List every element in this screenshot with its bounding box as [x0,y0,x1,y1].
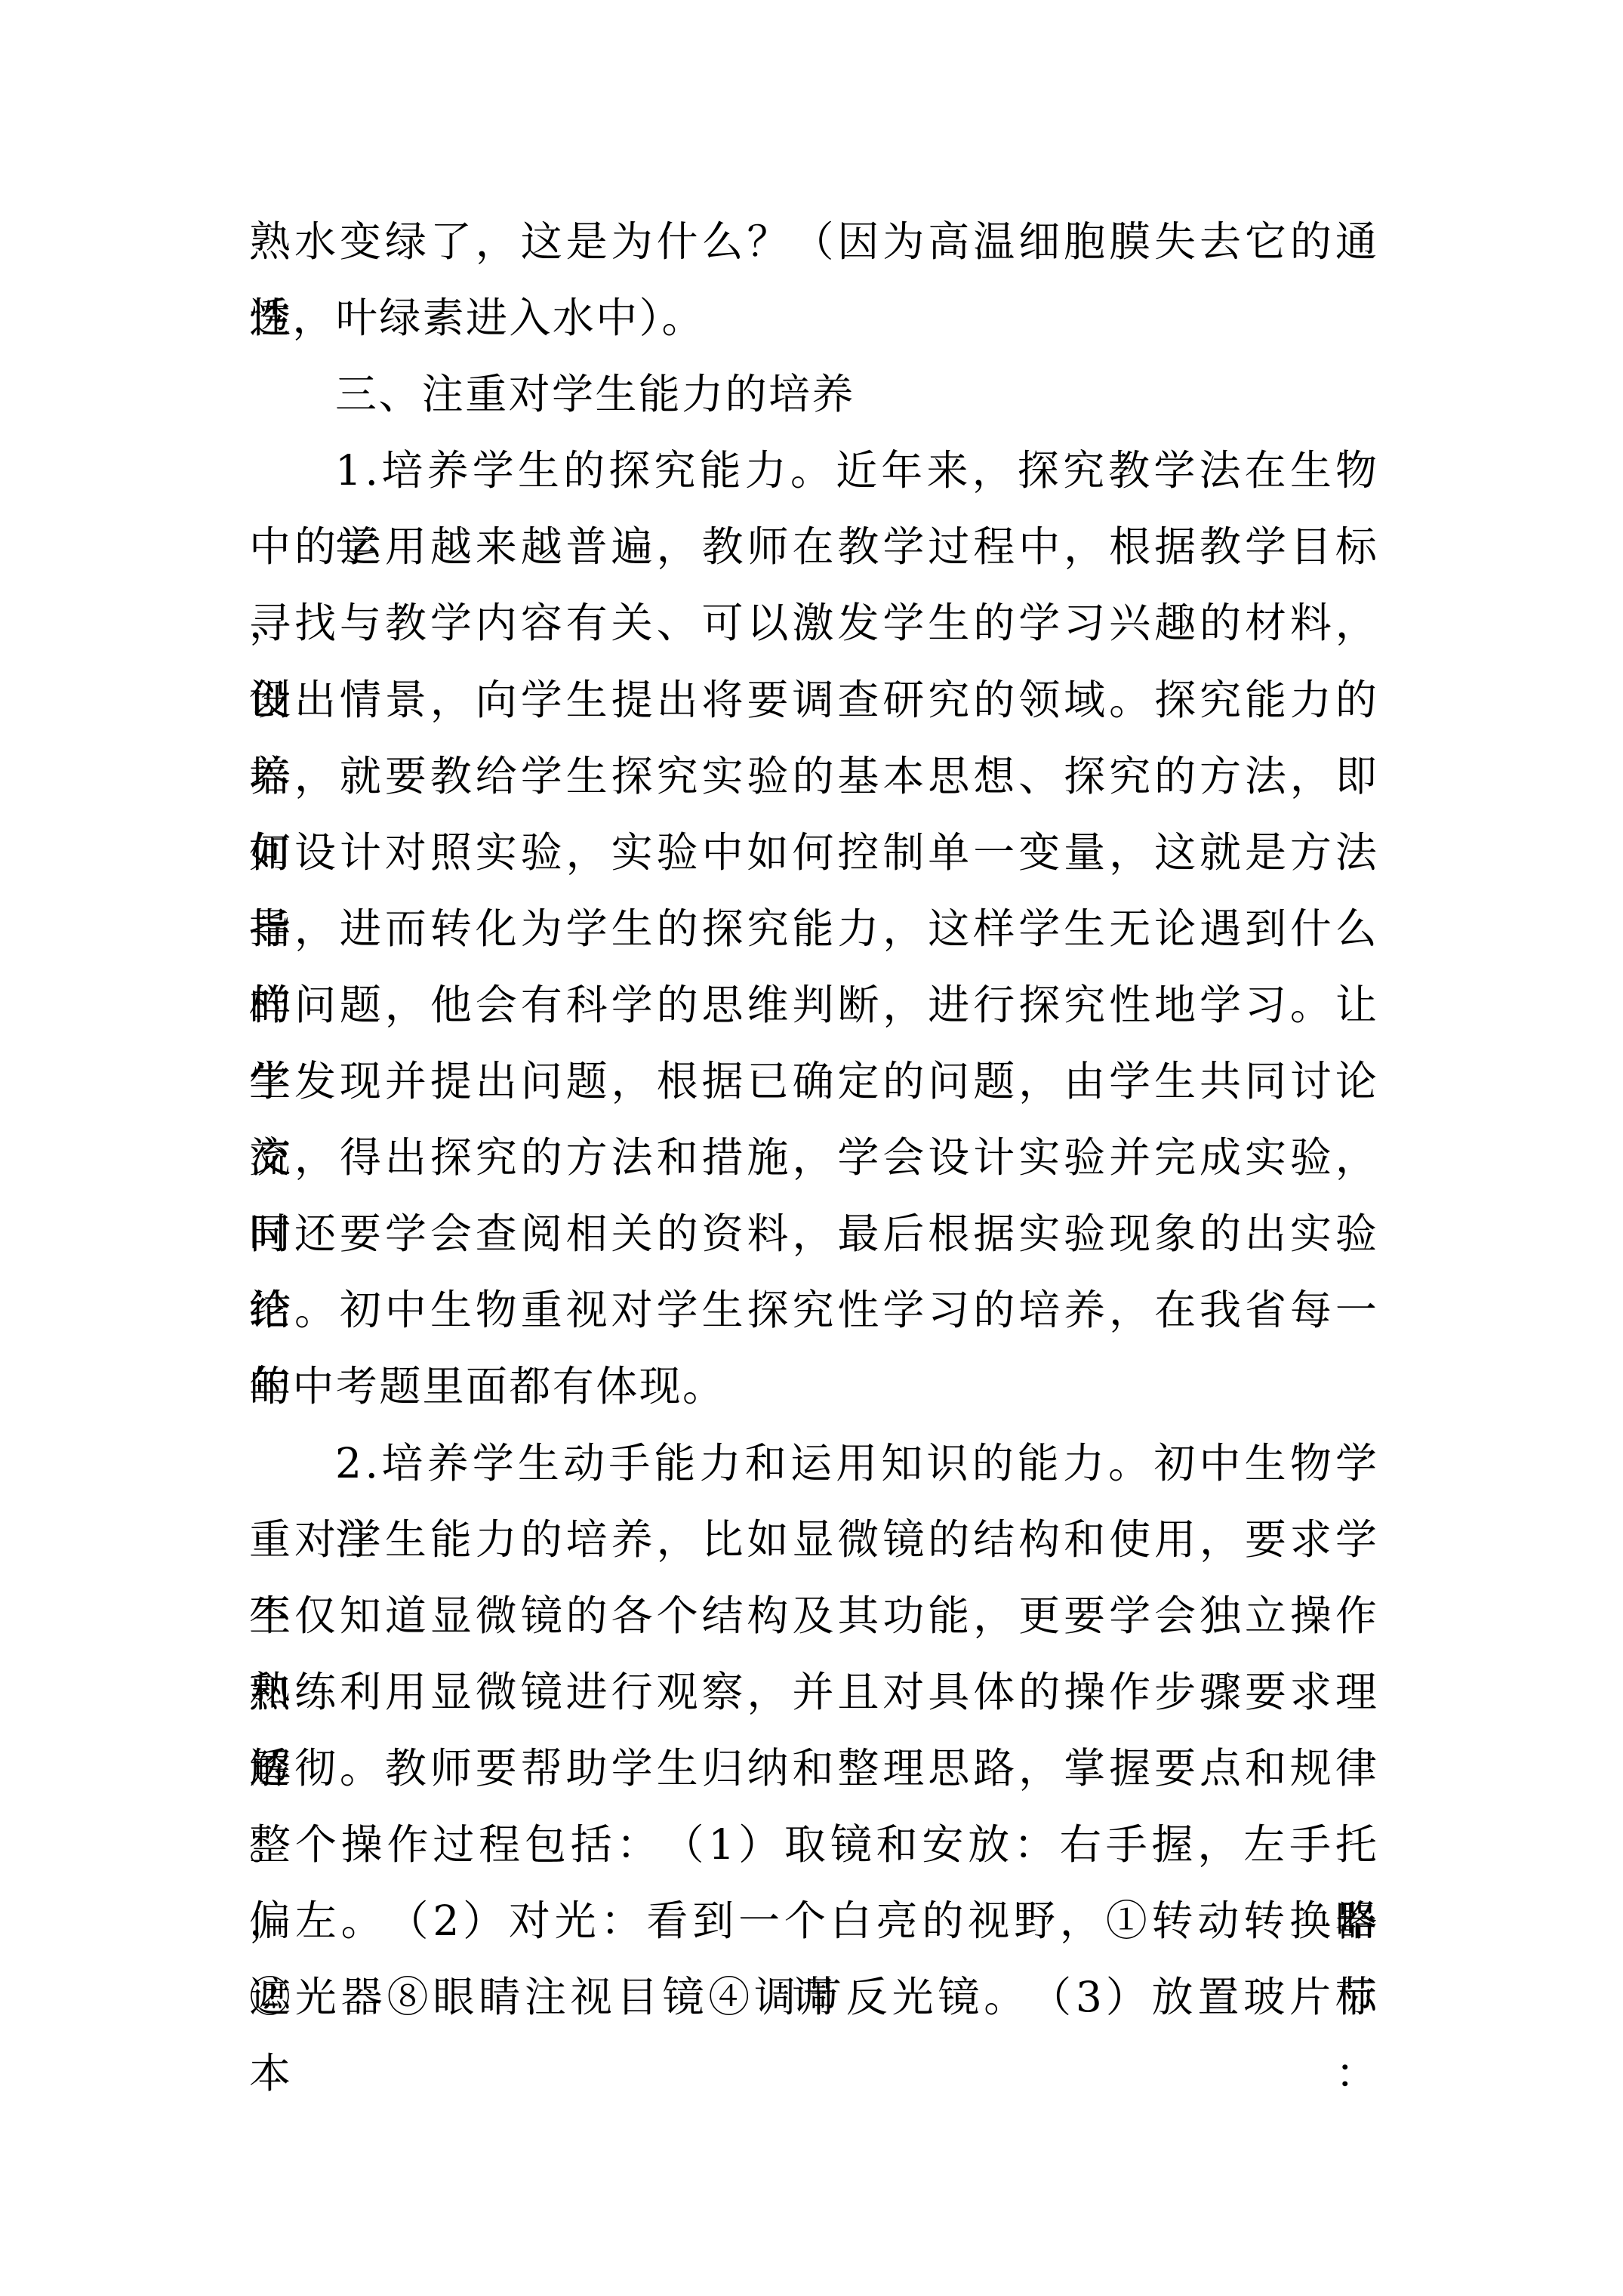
paragraph-1-first-line: 1 . 培 养 学 生 的 探 究 能 力 。 近 年 来 ， 探 究 教 学 … [249,433,1377,509]
text-line-8: 养 ， 就 要 教 给 学 生 探 究 实 验 的 基 本 思 想 、 探 究 … [249,738,1377,815]
text-line-5: 中 的 运 用 越 来 越 普 遍 ， 教 师 在 教 学 过 程 中 ， 根 … [249,509,1377,585]
text-line-22: 整 个 操 作 过 程 包 括 ： （ 1 ） 取 镜 和 安 放 ： 右 手 … [249,1807,1377,1883]
text-line-18: 重 对 学 生 能 力 的 培 养 ， 比 如 显 微 镜 的 结 构 和 使 … [249,1502,1377,1578]
document-page: 熟 水 变 绿 了 ， 这 是 为 什 么 ？ （ 因 为 高 温 细 胞 膜 … [0,0,1623,2296]
text-line-9: 何 设 计 对 照 实 验 ， 实 验 中 如 何 控 制 单 一 变 量 ， … [249,815,1377,891]
text-line-14: 时 还 要 学 会 查 阅 相 关 的 资 料 ， 最 后 根 据 实 验 现 … [249,1196,1377,1272]
text-line-10: 导 ， 进 而 转 化 为 学 生 的 探 究 能 力 ， 这 样 学 生 无 … [249,891,1377,967]
text-line-12: 生 发 现 并 提 出 问 题 ， 根 据 已 确 定 的 问 题 ， 由 学 … [249,1043,1377,1120]
text-line-6: 寻 找 与 教 学 内 容 有 关 、 可 以 激 发 学 生 的 学 习 兴 … [249,585,1377,661]
text-line-23: 偏 左 。 （ 2 ） 对 光 ： 看 到 一 个 白 亮 的 视 野 ， ① … [249,1883,1377,1959]
text-line-2: 性，叶绿素进入水中）。 [249,280,1377,356]
text-line-1: 熟 水 变 绿 了 ， 这 是 为 什 么 ？ （ 因 为 高 温 细 胞 膜 … [249,204,1377,280]
text-line-20: 熟 练 利 用 显 微 镜 进 行 观 察 ， 并 且 对 具 体 的 操 作 … [249,1654,1377,1730]
text-line-13: 流 ， 得 出 探 究 的 方 法 和 措 施 ， 学 会 设 计 实 验 并 … [249,1120,1377,1196]
text-line-19: 不 仅 知 道 显 微 镜 的 各 个 结 构 及 其 功 能 ， 更 要 学 … [249,1578,1377,1654]
text-line-7: 设 出 情 景 ， 向 学 生 提 出 将 要 调 查 研 究 的 领 域 。 … [249,662,1377,738]
body-text: 熟 水 变 绿 了 ， 这 是 为 什 么 ？ （ 因 为 高 温 细 胞 膜 … [249,204,1377,2036]
text-line-15: 论 。 初 中 生 物 重 视 对 学 生 探 究 性 学 习 的 培 养 ， … [249,1272,1377,1348]
text-line-24: 遮 光 器 ⑧ 眼 睛 注 视 目 镜 ④ 调 节 反 光 镜 。 （ 3 ） … [249,1959,1377,2036]
text-line-21: 透 彻 。 教 师 要 帮 助 学 生 归 纳 和 整 理 思 路 ， 掌 握 … [249,1730,1377,1807]
text-line-16: 的中考题里面都有体现。 [249,1348,1377,1425]
text-line-11: 的 问 题 ， 他 会 有 科 学 的 思 维 判 断 ， 进 行 探 究 性 … [249,967,1377,1043]
section-heading: 三、注重对学生能力的培养 [249,356,1377,433]
paragraph-2-first-line: 2 . 培 养 学 生 动 手 能 力 和 运 用 知 识 的 能 力 。 初 … [249,1425,1377,1502]
